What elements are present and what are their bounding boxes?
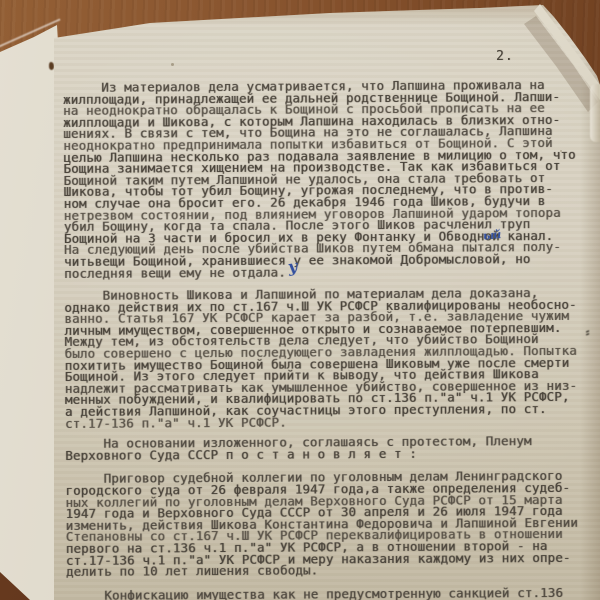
- paragraph: Виновность Шикова и Лапшиной по материал…: [64, 287, 599, 429]
- paragraph: На основании изложенного, соглашаясь с п…: [65, 435, 599, 461]
- typed-line: на неоднократно обращалась к Бощиной с п…: [63, 102, 597, 117]
- typed-line: ст.17-136 п."а" ч.1 УК РСФСР.: [65, 414, 599, 429]
- page-number: 2.: [496, 49, 514, 64]
- typed-line: надлежит рассматривать как умышленное уб…: [65, 380, 599, 395]
- typed-line: делить по 10 лет лишения свободы.: [66, 563, 600, 578]
- typed-line: Виновность Шикова и Лапшиной по материал…: [64, 287, 598, 302]
- typed-line: На следующий день после убийства Шиков п…: [64, 241, 598, 256]
- typed-line: ных коллегий по уголовным делам Верховно…: [66, 493, 600, 508]
- paper-speck: [171, 63, 174, 66]
- typed-line: Из материалов дела усматривается, что Ла…: [63, 79, 597, 94]
- typed-line: убил Бощину, когда та спала. После этого…: [64, 218, 598, 233]
- paper-tear-notch: [49, 62, 54, 70]
- margin-check-mark: ⸗: [584, 325, 591, 340]
- document-photo: 2. Из материалов дела усматривается, что…: [0, 0, 600, 600]
- paragraph: Из материалов дела усматривается, что Ла…: [63, 79, 598, 279]
- typed-line: ванно. Статья 167 УК РСФСР карает за раз…: [64, 310, 598, 325]
- typed-line: последняя вещи ему не отдала.: [64, 264, 598, 279]
- typed-line: На основании изложенного, соглашаясь с п…: [65, 435, 599, 450]
- typed-line: Бощиной таким путем Лапшиной не удалось,…: [64, 171, 598, 186]
- paragraph: Приговор судебной коллегии по уголовным …: [65, 470, 600, 578]
- paragraph: Конфискацию имущества как не предусмотре…: [66, 586, 600, 600]
- typed-line: Конфискацию имущества как не предусмотре…: [66, 586, 600, 600]
- typed-line: Степановны со ст.167 ч.Ш УК РСФСР перекв…: [66, 528, 600, 543]
- typed-line: Приговор судебной коллегии по уголовным …: [65, 470, 599, 485]
- typed-line: неоднократно предпринимала попытки избав…: [63, 137, 597, 152]
- handwritten-ending-correction: ый: [482, 228, 500, 243]
- typed-line: было совершено с целью последующего завл…: [65, 345, 599, 360]
- typed-text: Из материалов дела усматривается, что Ла…: [63, 79, 600, 600]
